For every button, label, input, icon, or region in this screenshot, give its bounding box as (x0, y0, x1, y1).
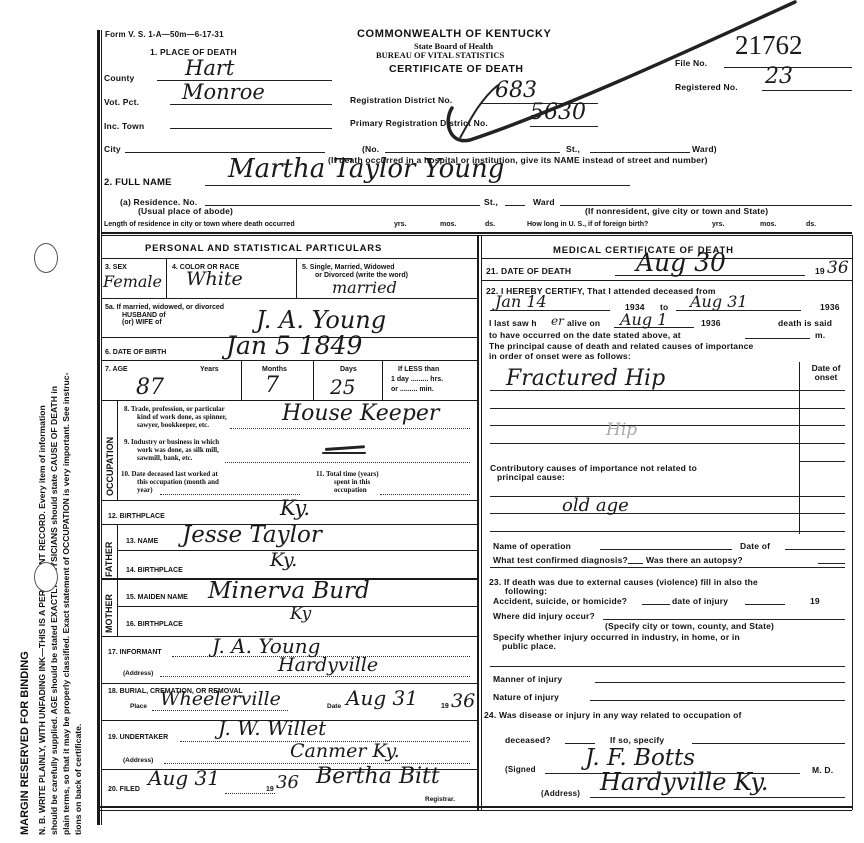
contributory-cause: old age (562, 495, 629, 516)
full-name-value: Martha Taylor Young (228, 154, 504, 184)
inc-town-label: Inc. Town (104, 121, 144, 131)
rule (117, 524, 118, 636)
city-ward-label: Ward) (692, 144, 717, 154)
sex-label: 3. SEX (105, 264, 127, 272)
onset-line (800, 461, 845, 462)
column-divider (477, 235, 479, 810)
city-no-label: (No. (362, 144, 379, 154)
scribble-mark (322, 452, 366, 454)
undertaker-address: Canmer Ky. (290, 740, 400, 762)
filed-year: 36 (276, 772, 299, 793)
dob-value: Jan 5 1849 (226, 331, 362, 360)
dod-label: 21. DATE OF DEATH (486, 266, 571, 276)
dod-year-prefix: 19 (815, 266, 825, 276)
less-than-label-2: 1 day ......... hrs. (391, 376, 443, 384)
vot-pct-value: Monroe (182, 80, 265, 104)
cause-line-2 (490, 408, 845, 409)
city-st-label: St., (566, 144, 580, 154)
industry-line (225, 462, 470, 463)
attended-to-year: 1936 (820, 302, 840, 312)
years-label: Years (200, 366, 219, 374)
dob-label: 6. DATE OF BIRTH (105, 349, 166, 357)
md-label: M. D. (812, 765, 833, 775)
informant-address-label: (Address) (123, 670, 153, 678)
accident-line (642, 604, 670, 605)
physician-address-line (590, 797, 845, 798)
margin-note-line-4: tions on back of certificate. (73, 724, 84, 835)
length-mos: mos. (440, 221, 456, 229)
residence-line (205, 205, 480, 206)
total-time-label-3: occupation (334, 486, 367, 494)
last-saw-date: Aug 1 (620, 310, 667, 329)
last-saw-label-a: I last saw h (489, 318, 537, 328)
m-label: m. (815, 330, 825, 340)
injury-date-label: date of injury (672, 596, 728, 606)
vot-pct-label: Vot. Pct. (104, 97, 139, 107)
dod-value: Aug 30 (636, 248, 726, 277)
informant-address-line (160, 676, 470, 677)
residence-st-line (505, 205, 525, 206)
rule (382, 360, 383, 400)
manner-line (595, 682, 845, 683)
mother-side-label: MOTHER (104, 594, 115, 633)
age-years-value: 87 (136, 375, 164, 400)
form-number: Form V. S. 1-A—50m—6-17-31 (105, 30, 224, 39)
physician-address-label: (Address) (541, 789, 580, 798)
last-worked-line (160, 494, 300, 495)
residence-ward-label: Ward (533, 197, 555, 207)
less-than-label-1: If LESS than (398, 366, 439, 374)
city-no-line (385, 152, 560, 153)
pen-check-stroke (440, 0, 800, 150)
external-label-2: following: (505, 586, 547, 596)
punch-hole-icon (34, 562, 58, 592)
total-time-label-2: spent in this (334, 478, 370, 486)
foreign-mos: mos. (760, 221, 776, 229)
last-saw-year: 1936 (701, 318, 721, 328)
father-birthplace-value: Ky. (270, 549, 297, 571)
if-so-label: If so, specify (610, 735, 664, 745)
onset-label: Date of onset (806, 364, 846, 382)
rule (241, 360, 242, 400)
physician-address: Hardyville Ky. (600, 768, 768, 796)
abode-label: (Usual place of abode) (138, 206, 233, 216)
contributory-label-2: principal cause: (497, 472, 565, 482)
rule (101, 298, 477, 299)
age-days-value: 25 (330, 375, 355, 399)
autopsy-label: Was there an autopsy? (646, 555, 743, 565)
principal-label-1: The principal cause of death and related… (489, 341, 753, 351)
attended-from: Jan 14 (495, 292, 547, 311)
city-line (125, 152, 325, 153)
county-value: Hart (185, 56, 234, 80)
full-name-line (205, 185, 630, 186)
city-label: City (104, 144, 121, 154)
frame-left-border (97, 30, 100, 825)
nature-line (590, 700, 845, 701)
nature-label: Nature of injury (493, 692, 559, 702)
foreign-yrs: yrs. (712, 221, 724, 229)
specify-line (490, 666, 845, 667)
burial-place-label: Place (130, 703, 147, 711)
injury-year-label: 19 (810, 596, 820, 606)
registrar-signature: Bertha Bitt (316, 764, 440, 789)
burial-date-label: Date (327, 703, 341, 711)
rule (490, 567, 845, 568)
deceased-line (565, 743, 595, 744)
margin-note-line-2: should be carefully supplied. AGE should… (49, 386, 60, 835)
length-residence-label: Length of residence in city or town wher… (104, 221, 295, 229)
rule (101, 258, 477, 259)
occupation-side-label: OCCUPATION (105, 437, 116, 496)
injury-date-line (745, 604, 785, 605)
industry-label-1: 9. Industry or business in which (124, 438, 219, 446)
faint-mark: Hip (606, 420, 637, 440)
total-time-label-1: 11. Total time (years) (316, 470, 379, 478)
where-label: Where did injury occur? (493, 611, 595, 621)
mother-birthplace-value: Ky (290, 604, 311, 624)
trade-value: House Keeper (282, 401, 439, 426)
specify-label-2: public place. (502, 641, 556, 651)
where-line (603, 619, 845, 620)
last-saw-pronoun: er (551, 314, 564, 328)
age-label: 7. AGE (105, 366, 128, 374)
age-months-value: 7 (265, 373, 279, 398)
manner-label: Manner of injury (493, 674, 562, 684)
operation-line (600, 549, 732, 550)
principal-label-2: in order of onset were as follows: (489, 351, 631, 361)
father-birthplace-label: 14. BIRTHPLACE (126, 567, 183, 575)
test-label: What test confirmed diagnosis? (493, 555, 628, 565)
frame-left-border-inner (101, 30, 102, 825)
rule (101, 360, 477, 361)
father-name-value: Jesse Taylor (182, 522, 322, 548)
frame-bottom-border-inner (97, 810, 852, 811)
cause-line-3 (490, 425, 845, 426)
date-of-label: Date of (740, 541, 770, 551)
last-saw-label-b: alive on (567, 318, 600, 328)
onset-column-divider (799, 362, 800, 534)
operation-label: Name of operation (493, 541, 571, 551)
date-of-line (785, 549, 845, 550)
race-value: White (186, 268, 243, 290)
marital-value: married (332, 278, 397, 297)
cause-line-4 (490, 443, 845, 444)
scribble-mark (325, 445, 365, 451)
filed-year-prefix: 19 (266, 786, 274, 794)
test-line (628, 563, 643, 564)
father-side-label: FATHER (104, 542, 115, 577)
if-so-line (692, 743, 845, 744)
burial-date-value: Aug 31 (346, 686, 418, 710)
punch-hole-icon (34, 243, 58, 273)
autopsy-line (818, 563, 845, 564)
last-worked-label-1: 10. Date deceased last worked at (121, 470, 218, 478)
spouse-label-3: (or) WIFE of (122, 319, 162, 327)
informant-label: 17. INFORMANT (108, 649, 162, 657)
trade-label-3: sawyer, bookkeeper, etc. (137, 421, 209, 429)
filed-label: 20. FILED (108, 786, 140, 794)
burial-place-line (152, 710, 288, 711)
signed-label: (Signed (505, 765, 536, 774)
trade-line (230, 428, 470, 429)
margin-note-line-3: plain terms, so that it may be properly … (61, 373, 72, 835)
frame-right-border (852, 235, 853, 810)
burial-place-value: Wheelerville (160, 688, 281, 710)
inc-town-line (170, 128, 332, 129)
city-st-line (590, 152, 690, 153)
rule (101, 683, 477, 684)
full-name-label: 2. FULL NAME (104, 177, 172, 188)
last-worked-label-3: year) (137, 486, 153, 494)
reg-district-label: Registration District No. (350, 95, 452, 105)
total-time-line (380, 494, 470, 495)
filed-date: Aug 31 (148, 766, 220, 790)
rule (481, 280, 852, 281)
frame-bottom-border (97, 806, 852, 808)
nonresident-note: (If nonresident, give city or town and S… (585, 206, 768, 216)
undertaker-name: J. W. Willet (218, 716, 326, 740)
occurred-label: to have occurred on the date stated abov… (489, 330, 681, 340)
rule (296, 258, 297, 298)
occupation-related-label: 24. Was disease or injury in any way rel… (484, 710, 742, 720)
sex-value: Female (103, 272, 162, 291)
county-label: County (104, 73, 134, 83)
attended-to: Aug 31 (690, 292, 748, 311)
column-divider-inner (481, 235, 482, 810)
contributory-line-1 (490, 496, 845, 497)
birthplace-label: 12. BIRTHPLACE (108, 513, 165, 521)
accident-label: Accident, suicide, or homicide? (493, 596, 627, 606)
length-ds: ds. (485, 221, 495, 229)
informant-address: Hardyville (278, 654, 378, 676)
rule (117, 400, 118, 500)
less-than-label-3: or ......... min. (391, 386, 434, 394)
length-yrs: yrs. (394, 221, 406, 229)
spouse-value: J. A. Young (256, 306, 386, 334)
margin-note-line-1: N. B. WRITE PLAINLY, WITH UNFADING INK—T… (37, 405, 48, 835)
burial-year: 36 (451, 690, 475, 712)
margin-binding-header: MARGIN RESERVED FOR BINDING (20, 651, 31, 835)
birthplace-value: Ky. (280, 496, 310, 520)
burial-year-prefix: 19 (441, 703, 449, 711)
residence-st-label: St., (484, 197, 498, 207)
last-saw-label-c: death is said (778, 318, 832, 328)
marital-label-1: 5. Single, Married, Widowed (302, 264, 395, 272)
industry-label-3: sawmill, bank, etc. (137, 454, 192, 462)
contributory-line-2 (490, 513, 845, 514)
undertaker-label: 19. UNDERTAKER (108, 734, 168, 742)
rule (166, 258, 167, 298)
mother-maiden-label: 15. MAIDEN NAME (126, 594, 188, 602)
mother-maiden-value: Minerva Burd (208, 578, 370, 604)
vot-pct-line (170, 104, 332, 105)
trade-label-1: 8. Trade, profession, or particular (124, 405, 225, 413)
header-divider (101, 232, 852, 234)
days-label: Days (340, 366, 357, 374)
principal-cause: Fractured Hip (506, 366, 665, 391)
undertaker-address-label: (Address) (123, 757, 153, 765)
foreign-birth-label: How long in U. S., if of foreign birth? (527, 221, 648, 229)
rule (313, 360, 314, 400)
last-worked-label-2: this occupation (month and (137, 478, 219, 486)
foreign-ds: ds. (806, 221, 816, 229)
personal-heading: PERSONAL AND STATISTICAL PARTICULARS (145, 243, 382, 254)
mother-birthplace-label: 16. BIRTHPLACE (126, 621, 183, 629)
specify-city-label: (Specify city or town, county, and State… (605, 621, 774, 631)
dod-year: 36 (827, 258, 849, 278)
trade-label-2: kind of work done, as spinner, (137, 413, 227, 421)
contributory-line-3 (490, 531, 845, 532)
deceased-label: deceased? (505, 735, 551, 745)
registrar-label: Registrar. (425, 796, 455, 804)
father-name-label: 13. NAME (126, 538, 158, 546)
industry-label-2: work was done, as silk mill, (137, 446, 219, 454)
spouse-label-1: 5a. If married, widowed, or divorced (105, 304, 224, 312)
occurred-line (745, 338, 810, 339)
